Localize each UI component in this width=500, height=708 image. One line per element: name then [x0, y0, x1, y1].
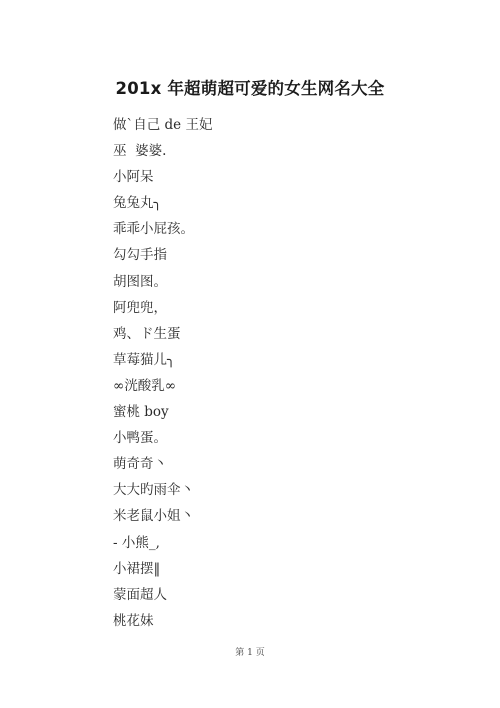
document-page: 201x 年超萌超可爱的女生网名大全 做`自己 de 王妃 巫 婆婆. 小阿呆 …	[0, 0, 500, 708]
list-item: 小裙摆‖	[113, 558, 212, 584]
name-list: 做`自己 de 王妃 巫 婆婆. 小阿呆 兔兔丸╮ 乖乖小屁孩。 勾勾手指 胡图…	[113, 114, 212, 636]
list-item: 阿兜兜，	[113, 297, 212, 323]
list-item: ∞洸酸乳∞	[113, 375, 212, 401]
list-item: 小鸭蛋。	[113, 427, 212, 453]
list-item: 做`自己 de 王妃	[113, 114, 212, 140]
list-item: 鸡、ド生蛋	[113, 323, 212, 349]
list-item: 桃花妹	[113, 610, 212, 636]
list-item: 大大旳雨伞丶	[113, 479, 212, 505]
list-item: 小阿呆	[113, 166, 212, 192]
list-item: - 小熊_,	[113, 532, 212, 558]
list-item: 萌奇奇丶	[113, 453, 212, 479]
list-item: 草莓猫儿╮	[113, 349, 212, 375]
page-number: 第 1 页	[0, 645, 500, 658]
list-item: 蜜桃 boy	[113, 401, 212, 427]
list-item: 兔兔丸╮	[113, 192, 212, 218]
list-item: 乖乖小屁孩。	[113, 218, 212, 244]
list-item: 巫 婆婆.	[113, 140, 212, 166]
list-item: 米老鼠小姐丶	[113, 505, 212, 531]
list-item: 勾勾手指	[113, 244, 212, 270]
document-title: 201x 年超萌超可爱的女生网名大全	[0, 75, 500, 99]
list-item: 胡图图。	[113, 271, 212, 297]
list-item: 蒙面超人	[113, 584, 212, 610]
